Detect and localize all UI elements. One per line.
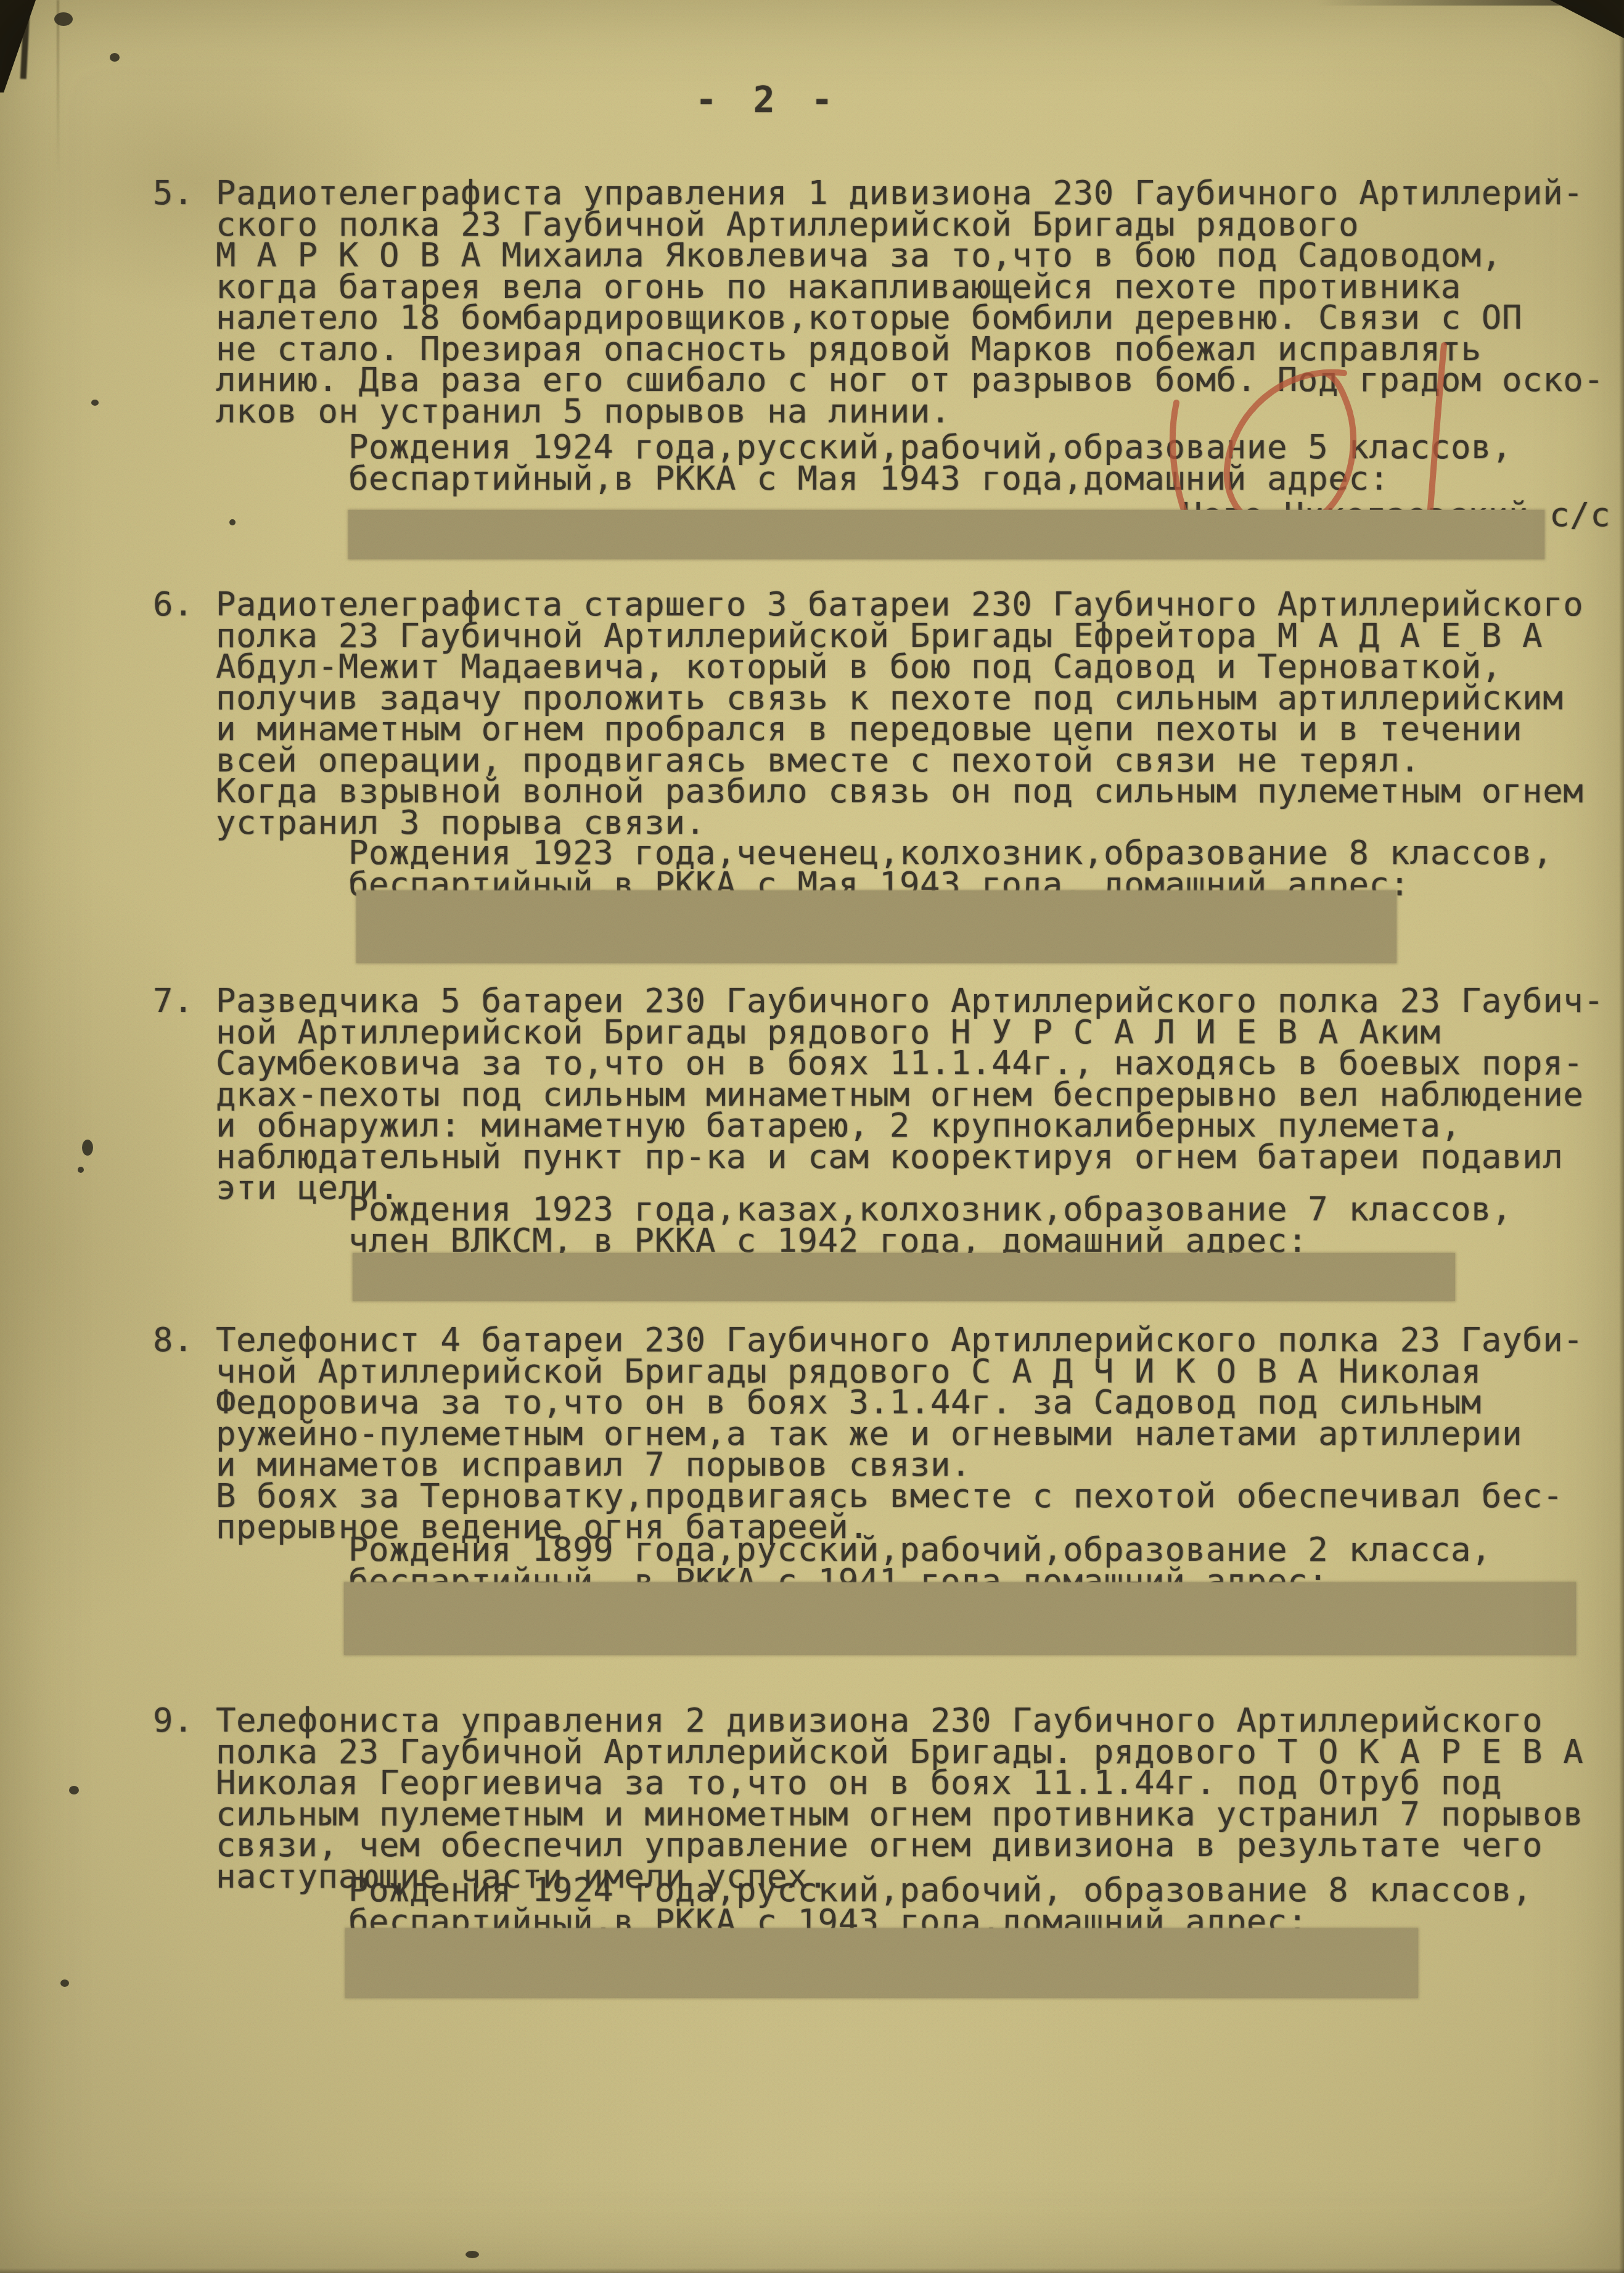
page-number: - 2 - bbox=[695, 79, 840, 121]
birth-line: беспартийный,в РККА с Мая 1943 года,дома… bbox=[348, 463, 1512, 495]
ink-speck bbox=[54, 12, 73, 26]
paper-crease bbox=[57, 0, 59, 173]
entry-line: и обнаружил: минаметную батарею, 2 крупн… bbox=[216, 1110, 1604, 1141]
entry-7: 7. Разведчика 5 батареи 230 Гаубичного А… bbox=[216, 985, 1604, 1204]
ink-speck bbox=[91, 400, 99, 406]
entry-line: связи, чем обеспечил управление огнем ди… bbox=[216, 1830, 1583, 1861]
entry-line: лков он устранил 5 порывов на линии. bbox=[216, 396, 1604, 427]
birth-line: Рождения 1923 года,казах,колхозник,образ… bbox=[348, 1194, 1512, 1225]
scan-edge-artifact bbox=[1619, 0, 1624, 2273]
scan-edge-artifact bbox=[0, 2268, 1624, 2273]
entry-line: Абдул-Межит Мадаевича, который в бою под… bbox=[216, 651, 1583, 683]
entry-line: Телефониста управления 2 дивизиона 230 Г… bbox=[216, 1705, 1583, 1737]
entry-line: линию. Два раза его сшибало с ног от раз… bbox=[216, 364, 1604, 396]
entry-number: 6. bbox=[153, 589, 194, 620]
entry-9-birth: Рождения 1924 года,русский,рабочий, обра… bbox=[348, 1875, 1532, 1937]
ink-speck bbox=[69, 1786, 79, 1794]
entry-line: Когда взрывной волной разбило связь он п… bbox=[216, 776, 1583, 807]
birth-line: Рождения 1923 года,чеченец,колхозник,обр… bbox=[348, 837, 1553, 869]
entry-line: Николая Георгиевича за то,что он в боях … bbox=[216, 1767, 1583, 1799]
entry-line: наблюдательный пункт пр-ка и сам коорект… bbox=[216, 1141, 1604, 1173]
entry-number: 7. bbox=[153, 985, 194, 1017]
birth-line: Рождения 1924 года,русский,рабочий, обра… bbox=[348, 1875, 1532, 1906]
redaction-box bbox=[348, 510, 1544, 559]
ink-speck bbox=[82, 1140, 93, 1156]
birth-line: Рождения 1899 года,русский,рабочий,образ… bbox=[348, 1534, 1491, 1566]
redaction-box bbox=[345, 1928, 1418, 1998]
entry-line: Саумбековича за то,что он в боях 11.1.44… bbox=[216, 1048, 1604, 1079]
scanned-document-page: - 2 - 5. Радиотелеграфиста управления 1 … bbox=[0, 0, 1624, 2273]
ink-speck bbox=[465, 2251, 479, 2258]
entry-line: Радиотелеграфиста управления 1 дивизиона… bbox=[216, 178, 1604, 209]
scan-corner-artifact bbox=[1550, 0, 1624, 38]
entry-number: 9. bbox=[153, 1705, 194, 1737]
entry-7-birth: Рождения 1923 года,казах,колхозник,образ… bbox=[348, 1194, 1512, 1256]
entry-5: 5. Радиотелеграфиста управления 1 дивизи… bbox=[216, 178, 1604, 427]
ink-speck bbox=[78, 1167, 84, 1173]
entry-line: М А Р К О В А Михаила Яковлевича за то,ч… bbox=[216, 240, 1604, 271]
entry-6: 6. Радиотелеграфиста старшего 3 батареи … bbox=[216, 589, 1583, 838]
ink-speck bbox=[229, 519, 236, 525]
entry-line: Федоровича за то,что он в боях 3.1.44г. … bbox=[216, 1387, 1583, 1418]
entry-line: Разведчика 5 батареи 230 Гаубичного Арти… bbox=[216, 985, 1604, 1017]
entry-line: и минаметов исправил 7 порывов связи. bbox=[216, 1449, 1583, 1481]
entry-number: 5. bbox=[153, 178, 194, 209]
entry-8: 8. Телефонист 4 батареи 230 Гаубичного А… bbox=[216, 1325, 1583, 1543]
birth-line: член ВЛКСМ, в РККА с 1942 года, домашний… bbox=[348, 1225, 1512, 1257]
redaction-box bbox=[353, 1253, 1455, 1301]
entry-number: 8. bbox=[153, 1325, 194, 1356]
entry-line: налетело 18 бомбардировщиков,которые бом… bbox=[216, 302, 1604, 334]
redaction-box bbox=[344, 1582, 1576, 1655]
birth-line: Рождения 1924 года,русский,рабочий,образ… bbox=[348, 432, 1512, 463]
scan-edge-artifact bbox=[1316, 0, 1624, 6]
entry-line: и минаметным огнем пробрался в передовые… bbox=[216, 713, 1583, 745]
entry-9: 9. Телефониста управления 2 дивизиона 23… bbox=[216, 1705, 1583, 1892]
entry-line: Радиотелеграфиста старшего 3 батареи 230… bbox=[216, 589, 1583, 620]
redaction-box bbox=[356, 890, 1396, 963]
entry-5-birth: Рождения 1924 года,русский,рабочий,образ… bbox=[348, 432, 1512, 494]
entry-line: Телефонист 4 батареи 230 Гаубичного Арти… bbox=[216, 1325, 1583, 1356]
ink-speck bbox=[60, 1979, 69, 1987]
ink-speck bbox=[110, 53, 120, 62]
